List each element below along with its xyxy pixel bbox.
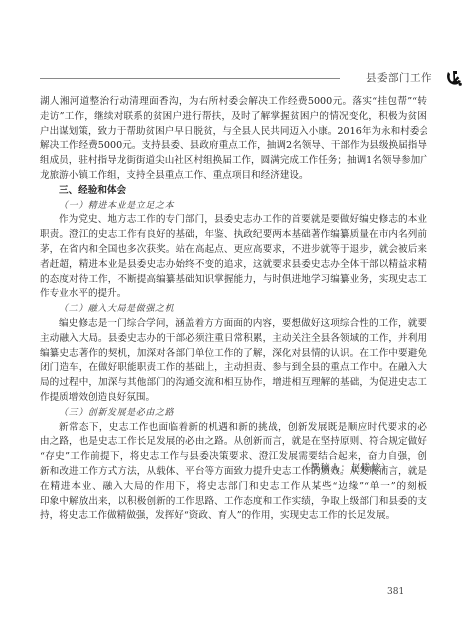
header-rule (40, 78, 340, 79)
text-line: 主动融入大局。县委史志办的干部必须注重日常积累，主动关注全县各领域的工作，并利用 (40, 332, 427, 347)
text-line: 持，将史志工作做精做强，发挥好“资政、育人”的作用，实现史志工作的长足发展。 (40, 509, 427, 524)
text-line: 作提质增效创造良好氛围。 (40, 391, 427, 406)
text-line: 闭门造车，在做好职能职责工作的基础上，主动担责、参与到全县的重点工作中。在融入大 (40, 361, 427, 376)
author-credit: （撰稿人：赵腾蛟） (300, 460, 392, 474)
text-line: 者赶超，精进本业是县委史志办始终不变的追求，这就要求县委史志办全体干部以精益求精 (40, 258, 427, 273)
subsection-heading-3: （三）创新发展是必由之路 (40, 406, 427, 421)
page-number: 381 (387, 587, 404, 597)
subsection-heading-1: （一）精进本业是立足之本 (40, 199, 427, 214)
text-line: 户出谋划策，致力于帮助贫困户早日脱贫，与全县人民共同迈入小康。2016年为永和村… (40, 125, 427, 140)
text-line: 走访”工作，继续对联系的贫困户进行帮扶，及时了解掌握贫困户的情况变化，积极为贫困 (40, 110, 427, 125)
section-title: 县委部门工作 (366, 70, 432, 85)
text-line: 由之路，也是史志工作长足发展的必由之路。从创新而言，就是在坚持原则、符合规定做好 (40, 435, 427, 450)
party-emblem-icon (444, 68, 464, 88)
text-line: 解决工作经费5000元。支持县委、县政府重点工作，抽调2名领导、干部作为县级换届… (40, 139, 427, 154)
text-line: 编史修志是一门综合学问，涵盖着方方面面的内容，要想做好这项综合性的工作，就要 (40, 317, 427, 332)
text-line: 龙旅游小镇工作组，支持全县重点工作、重点项目和经济建设。 (40, 169, 427, 184)
subsection-heading-2: （二）融入大局是做强之机 (40, 302, 427, 317)
text-line: 印象中解放出来，以积极创新的工作思路、工作态度和工作实绩，争取上级部门和县委的支 (40, 495, 427, 510)
section-heading: 三、经验和体会 (40, 184, 427, 199)
text-line: 的态度对待工作，不断提高编纂基础知识掌握能力，与时俱进地学习编纂业务，实现史志工 (40, 273, 427, 288)
text-line: 湖人湘河道整治行动清理面香沟，为右所村委会解决工作经费5000元。落实“挂包帮”… (40, 95, 427, 110)
subsection-paragraph-1: 作为党史、地方志工作的专门部门，县委史志办工作的首要就是要做好编史修志的本业 职… (40, 213, 427, 302)
text-line: 作为党史、地方志工作的专门部门，县委史志办工作的首要就是要做好编史修志的本业 (40, 213, 427, 228)
running-header: 县委部门工作 (40, 68, 440, 88)
text-line: 作专业水平的提升。 (40, 287, 427, 302)
text-line: 编纂史志著作的契机，加深对各部门单位工作的了解，深化对县情的认识。在工作中要避免 (40, 347, 427, 362)
text-line: 茅，在省内和全国也多次获奖。站在高起点、更应高要求，不进步就等于退步，就会被后来 (40, 243, 427, 258)
text-line: 在精进本业、融入大局的作用下，将史志部门和史志工作从某些“边缘”“单一”的刻板 (40, 480, 427, 495)
intro-paragraph: 湖人湘河道整治行动清理面香沟，为右所村委会解决工作经费5000元。落实“挂包帮”… (40, 95, 427, 184)
subsection-paragraph-2: 编史修志是一门综合学问，涵盖着方方面面的内容，要想做好这项综合性的工作，就要 主… (40, 317, 427, 406)
text-line: 局的过程中，加深与其他部门的沟通交流和相互协作，增进相互理解的基础，为促进史志工 (40, 376, 427, 391)
text-line: 组成员，驻村指导龙街街道尖山社区村组换届工作，圆满完成工作任务；抽调1名领导参加… (40, 154, 427, 169)
text-line: 职责。澄江的史志工作有良好的基础，年鉴、执政纪要两本基础著作编纂质量在市内名列前 (40, 228, 427, 243)
text-line: 新常态下，史志工作也面临着新的机遇和新的挑战，创新发展既是顺应时代要求的必 (40, 421, 427, 436)
